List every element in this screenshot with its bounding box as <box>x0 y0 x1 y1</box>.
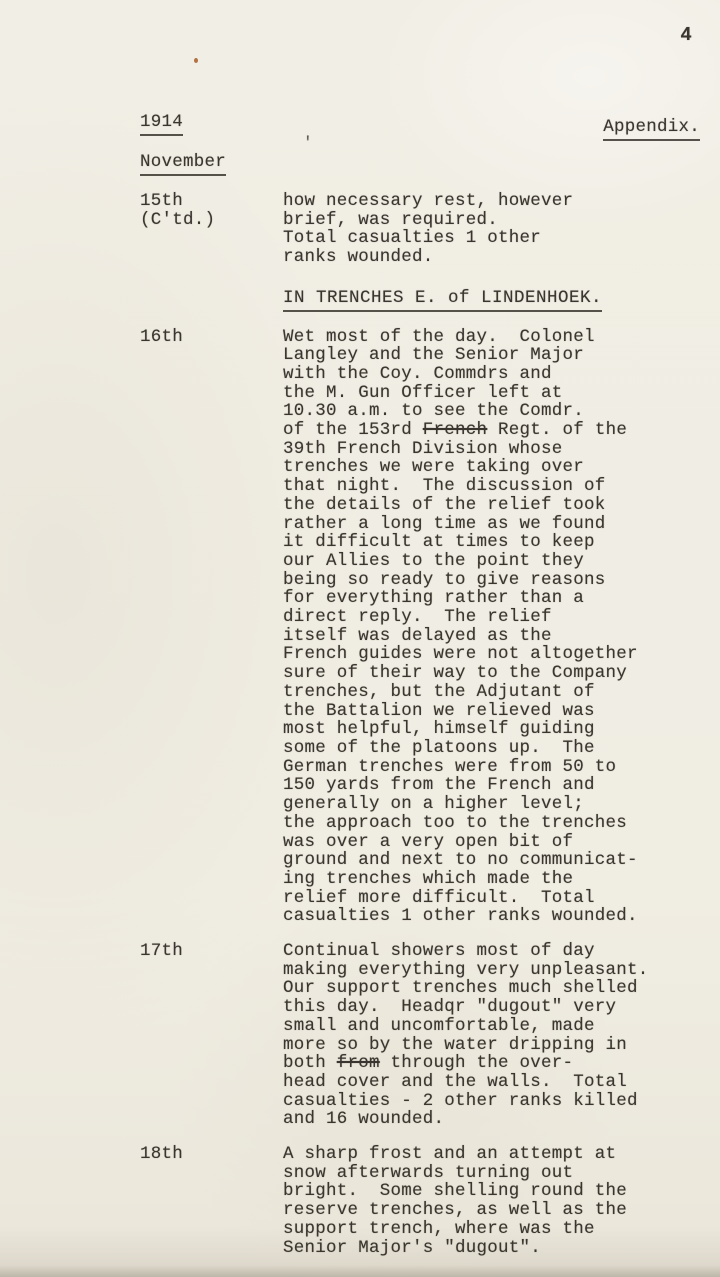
text-line: most helpful, himself guiding <box>283 720 690 739</box>
text-line: and 16 wounded. <box>283 1110 690 1129</box>
diary-entry-17th: 17thContinual showers most of daymaking … <box>140 942 690 1129</box>
section-heading: IN TRENCHES E. of LINDENHOEK. <box>283 289 602 312</box>
month-heading: November <box>140 153 226 176</box>
text-line: ground and next to no communicat- <box>283 851 690 870</box>
text-segment: through the over- <box>380 1053 574 1073</box>
text-line: our Allies to the point they <box>283 552 690 571</box>
entry-date-label: 17th <box>140 942 283 961</box>
text-line: French guides were not altogether <box>283 645 690 664</box>
text-line: the M. Gun Officer left at <box>283 384 690 403</box>
text-line: this day. Headqr "dugout" very <box>283 998 690 1017</box>
text-line: it difficult at times to keep <box>283 533 690 552</box>
text-line: bright. Some shelling round the <box>283 1182 690 1201</box>
diary-entry-18th: 18thA sharp frost and an attempt atsnow … <box>140 1145 690 1257</box>
text-line: Senior Major's "dugout". <box>283 1239 690 1258</box>
text-line: relief more difficult. Total <box>283 889 690 908</box>
text-line: Our support trenches much shelled <box>283 979 690 998</box>
diary-entry-15th: 15th(C'td.)how necessary rest, howeverbr… <box>140 192 690 267</box>
text-segment: of the 153rd <box>283 420 423 440</box>
stray-typed-mark: ' <box>303 134 313 153</box>
entry-date-label: 16th <box>140 328 283 347</box>
text-line: 10.30 a.m. to see the Comdr. <box>283 402 690 421</box>
diary-entries: 15th(C'td.)how necessary rest, howeverbr… <box>140 192 690 1273</box>
text-segment: both <box>283 1053 337 1073</box>
entry-date-column: 18th <box>140 1145 283 1257</box>
text-line: that night. The discussion of <box>283 477 690 496</box>
text-line: more so by the water dripping in <box>283 1036 690 1055</box>
text-line: making everything very unpleasant. <box>283 961 690 980</box>
text-line: rather a long time as we found <box>283 515 690 534</box>
text-line: 39th French Division whose <box>283 440 690 459</box>
text-line: the Battalion we relieved was <box>283 702 690 721</box>
text-line: casualties - 2 other ranks killed <box>283 1092 690 1111</box>
text-line: A sharp frost and an attempt at <box>283 1145 690 1164</box>
text-line: the details of the relief took <box>283 496 690 515</box>
year-heading: 1914 <box>140 113 183 136</box>
text-line: 150 yards from the French and <box>283 776 690 795</box>
entry-date-column <box>140 289 283 312</box>
text-line: casualties 1 other ranks wounded. <box>283 907 690 926</box>
text-line: head cover and the walls. Total <box>283 1073 690 1092</box>
entry-date-column: 15th(C'td.) <box>140 192 283 267</box>
text-line: itself was delayed as the <box>283 627 690 646</box>
struck-word: French <box>423 420 488 440</box>
entry-date-label: 18th <box>140 1145 283 1164</box>
text-line: Wet most of the day. Colonel <box>283 328 690 347</box>
text-line: some of the platoons up. The <box>283 739 690 758</box>
text-line: German trenches were from 50 to <box>283 758 690 777</box>
text-line: reserve trenches, as well as the <box>283 1201 690 1220</box>
text-line: snow afterwards turning out <box>283 1164 690 1183</box>
text-line: Langley and the Senior Major <box>283 346 690 365</box>
text-line: was over a very open bit of <box>283 833 690 852</box>
text-line: Total casualties 1 other <box>283 229 690 248</box>
text-line: small and uncomfortable, made <box>283 1017 690 1036</box>
entry-body: Continual showers most of daymaking ever… <box>283 942 690 1129</box>
text-line: ranks wounded. <box>283 248 690 267</box>
entry-date-note: (C'td.) <box>140 211 283 230</box>
text-line: Continual showers most of day <box>283 942 690 961</box>
entry-body: IN TRENCHES E. of LINDENHOEK. <box>283 289 690 312</box>
text-line: with the Coy. Commdrs and <box>283 365 690 384</box>
text-line: sure of their way to the Company <box>283 664 690 683</box>
entry-date-column: 17th <box>140 942 283 1129</box>
text-line: trenches, but the Adjutant of <box>283 683 690 702</box>
text-line: for everything rather than a <box>283 589 690 608</box>
entry-body: Wet most of the day. ColonelLangley and … <box>283 328 690 927</box>
text-line: support trench, where was the <box>283 1220 690 1239</box>
paper-speck <box>194 58 198 63</box>
entry-body: how necessary rest, howeverbrief, was re… <box>283 192 690 267</box>
entry-date-label: 15th <box>140 192 283 211</box>
text-line: how necessary rest, however <box>283 192 690 211</box>
text-line: trenches we were taking over <box>283 458 690 477</box>
entry-date-column: 16th <box>140 328 283 927</box>
text-line: being so ready to give reasons <box>283 571 690 590</box>
page-header: 1914 Appendix. <box>140 113 700 141</box>
struck-word: from <box>337 1053 380 1073</box>
document-page: 4 1914 Appendix. ' November 15th(C'td.)h… <box>0 0 720 1277</box>
text-line: of the 153rd French Regt. of the <box>283 421 690 440</box>
text-line: ing trenches which made the <box>283 870 690 889</box>
appendix-heading: Appendix. <box>603 118 700 141</box>
text-line: the approach too to the trenches <box>283 814 690 833</box>
page-number: 4 <box>680 26 692 45</box>
diary-entry-16th: 16thWet most of the day. ColonelLangley … <box>140 328 690 927</box>
text-line: generally on a higher level; <box>283 795 690 814</box>
text-line: brief, was required. <box>283 211 690 230</box>
entry-body: A sharp frost and an attempt atsnow afte… <box>283 1145 690 1257</box>
section-heading-row: IN TRENCHES E. of LINDENHOEK. <box>140 289 690 312</box>
text-segment: Regt. of the <box>487 420 627 440</box>
text-line: both from through the over- <box>283 1054 690 1073</box>
text-line: direct reply. The relief <box>283 608 690 627</box>
